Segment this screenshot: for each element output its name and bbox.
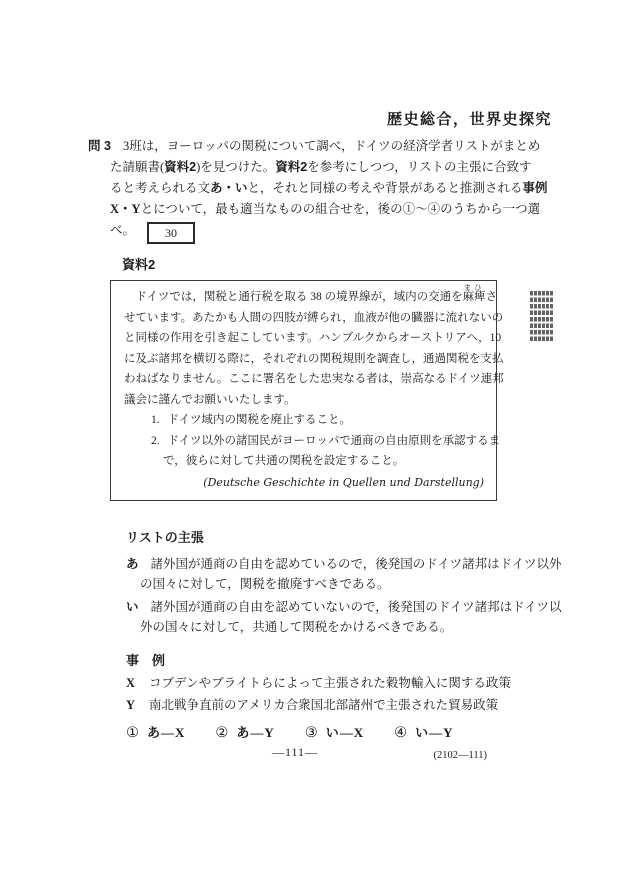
source2-label: 資料2 (122, 254, 155, 273)
page-header-subject-title: 歴史総合，世界史探究 (387, 108, 552, 129)
answer-number-box: 30 (147, 222, 195, 244)
cases-heading: 事 例 (126, 650, 576, 672)
option-1: ①あ―X (126, 722, 185, 741)
claim-i-line-1: い諸外国が通商の自由を認めていないので，後発国のドイツ諸邦はドイツ以 (126, 597, 576, 618)
question-line-3: ると考えられる文あ・いと，それと同様の考えや背景があると推測される事例 (88, 178, 558, 199)
margin-micro-text-stamp (529, 289, 553, 341)
quote-line-6: 議会に謹んでお願いいたします。 (124, 390, 484, 411)
answer-options-row: ①あ―X ②あ―Y ③い―X ④い―Y (126, 722, 454, 741)
claims-heading: リストの主張 (126, 528, 576, 549)
claim-a-line-1: あ諸外国が通商の自由を認めているので，後発国のドイツ諸邦はドイツ以外 (126, 554, 576, 575)
case-x-label: X (126, 676, 135, 690)
quote-list-item-2-continuation: で，彼らに対して共通の関税を設定すること。 (124, 451, 484, 472)
question-block: 問 33班は，ヨーロッパの関税について調べ，ドイツの経済学者リストがまとめ た請… (88, 136, 558, 244)
question-line-1: 問 33班は，ヨーロッパの関税について調べ，ドイツの経済学者リストがまとめ (88, 136, 558, 157)
option-2: ②あ―Y (215, 722, 274, 741)
question-number-label: 問 3 (88, 139, 111, 153)
quote-line-1: ドイツでは，関税と通行税を取る 38 の境界線が，域内の交通を麻痺まひさ (124, 287, 484, 308)
footer-print-code: (2102―111) (434, 750, 487, 761)
quote-line-4: に及ぶ諸邦を横切る際に，それぞれの関税規則を調査し，通過関税を支払 (124, 349, 484, 370)
quote-list-item-2: 2.ドイツ以外の諸国民がヨーロッパで通商の自由原則を承認するま (124, 431, 484, 452)
quote-line-5: わねばなりません。ここに署名をした忠実なる者は，崇高なるドイツ連邦 (124, 369, 484, 390)
claim-a-line-2: の国々に対して，関税を撤廃すべきである。 (126, 574, 576, 595)
case-y-label: Y (126, 698, 135, 712)
claim-i-line-2: 外の国々に対して，共通して関税をかけるべきである。 (126, 617, 576, 638)
ruby-mahi: 麻痺まひ (463, 291, 486, 303)
option-4: ④い―Y (394, 722, 453, 741)
exam-page: 歴史総合，世界史探究 問 33班は，ヨーロッパの関税について調べ，ドイツの経済学… (0, 0, 620, 876)
option-4-circled-number: ④ (394, 725, 407, 741)
source2-quote-box: ドイツでは，関税と通行税を取る 38 の境界線が，域内の交通を麻痺まひさ せてい… (110, 280, 497, 501)
question-line-5: べ。30 (88, 220, 558, 244)
option-2-circled-number: ② (215, 725, 228, 741)
furigana-text: まひ (464, 284, 485, 292)
quote-list-item-1: 1.ドイツ域内の関税を廃止すること。 (124, 410, 484, 431)
question-line-4: X・Yとについて，最も適当なものの組合せを，後の①～④のうちから一つ選 (88, 199, 558, 220)
quote-line-3: と同様の作用を引き起こしています。ハンブルクからオーストリアへ，10 (124, 328, 484, 349)
case-x-row: Xコブデンやブライトらによって主張された穀物輸入に関する政策 (126, 672, 576, 694)
option-3-circled-number: ③ (305, 725, 318, 741)
claim-a-label: あ (126, 557, 139, 571)
option-3: ③い―X (305, 722, 364, 741)
claims-section: リストの主張 あ諸外国が通商の自由を認めているので，後発国のドイツ諸邦はドイツ以… (126, 528, 576, 638)
cases-section: 事 例 Xコブデンやブライトらによって主張された穀物輸入に関する政策 Y南北戦争… (126, 650, 576, 716)
option-1-circled-number: ① (126, 725, 139, 741)
quote-citation: (Deutsche Geschichte in Quellen und Dars… (124, 473, 484, 494)
case-y-row: Y南北戦争直前のアメリカ合衆国北部諸州で主張された貿易政策 (126, 694, 576, 716)
quote-line-2: せています。あたかも人間の四肢が縛られ，血液が他の臓器に流れないの (124, 308, 484, 329)
question-line-2: た請願書(資料2)を見つけた。資料2を参考にしつつ，リストの主張に合致す (88, 157, 558, 178)
claim-i-label: い (126, 600, 139, 614)
footer-page-number: ―111― (0, 745, 590, 760)
